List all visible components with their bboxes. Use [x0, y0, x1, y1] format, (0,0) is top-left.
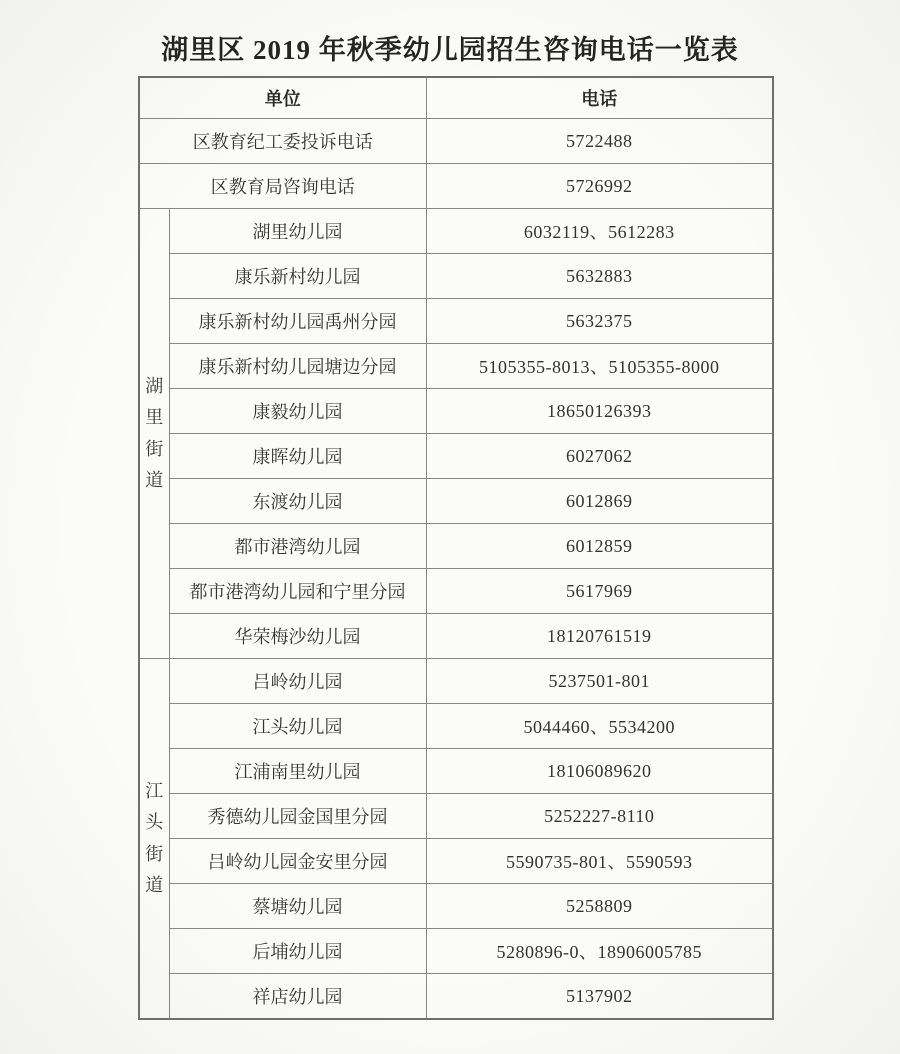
header-unit: 单位: [139, 77, 426, 119]
unit-cell: 区教育纪工委投诉电话: [139, 119, 426, 164]
phone-cell: 5722488: [426, 119, 773, 164]
table-row: 康乐新村幼儿园塘边分园 5105355-8013、5105355-8000: [139, 344, 773, 389]
phone-cell: 5590735-801、5590593: [426, 839, 773, 884]
table-row: 康毅幼儿园 18650126393: [139, 389, 773, 434]
unit-cell: 华荣梅沙幼儿园: [169, 614, 426, 659]
group-label-huli-street: 湖里街道: [139, 209, 169, 659]
unit-cell: 吕岭幼儿园金安里分园: [169, 839, 426, 884]
table-row: 华荣梅沙幼儿园 18120761519: [139, 614, 773, 659]
unit-cell: 湖里幼儿园: [169, 209, 426, 254]
table-row: 康晖幼儿园 6027062: [139, 434, 773, 479]
table-row: 江浦南里幼儿园 18106089620: [139, 749, 773, 794]
unit-cell: 蔡塘幼儿园: [169, 884, 426, 929]
table-row: 康乐新村幼儿园 5632883: [139, 254, 773, 299]
unit-cell: 区教育局咨询电话: [139, 164, 426, 209]
phone-cell: 6012859: [426, 524, 773, 569]
table-row: 东渡幼儿园 6012869: [139, 479, 773, 524]
phone-cell: 5105355-8013、5105355-8000: [426, 344, 773, 389]
table-header: 单位 电话: [139, 77, 773, 119]
table-row: 江头街道 吕岭幼儿园 5237501-801: [139, 659, 773, 704]
unit-cell: 康乐新村幼儿园: [169, 254, 426, 299]
unit-cell: 祥店幼儿园: [169, 974, 426, 1020]
table-row: 吕岭幼儿园金安里分园 5590735-801、5590593: [139, 839, 773, 884]
table-row: 祥店幼儿园 5137902: [139, 974, 773, 1020]
unit-cell: 后埔幼儿园: [169, 929, 426, 974]
table-row: 后埔幼儿园 5280896-0、18906005785: [139, 929, 773, 974]
header-row: 单位 电话: [139, 77, 773, 119]
table-row: 区教育纪工委投诉电话 5722488: [139, 119, 773, 164]
table-row: 区教育局咨询电话 5726992: [139, 164, 773, 209]
group-label-jiangtou-street: 江头街道: [139, 659, 169, 1020]
unit-cell: 康毅幼儿园: [169, 389, 426, 434]
unit-cell: 康乐新村幼儿园塘边分园: [169, 344, 426, 389]
table-row: 康乐新村幼儿园禹州分园 5632375: [139, 299, 773, 344]
phone-cell: 5280896-0、18906005785: [426, 929, 773, 974]
phone-cell: 6027062: [426, 434, 773, 479]
table-row: 秀德幼儿园金国里分园 5252227-8110: [139, 794, 773, 839]
phone-cell: 5632883: [426, 254, 773, 299]
phone-cell: 5617969: [426, 569, 773, 614]
table-row: 江头幼儿园 5044460、5534200: [139, 704, 773, 749]
phone-cell: 18120761519: [426, 614, 773, 659]
phone-directory-table: 单位 电话 区教育纪工委投诉电话 5722488 区教育局咨询电话 572699…: [138, 76, 774, 1020]
phone-cell: 5237501-801: [426, 659, 773, 704]
phone-cell: 5252227-8110: [426, 794, 773, 839]
header-phone: 电话: [426, 77, 773, 119]
unit-cell: 江浦南里幼儿园: [169, 749, 426, 794]
table-row: 都市港湾幼儿园 6012859: [139, 524, 773, 569]
table-row: 湖里街道 湖里幼儿园 6032119、5612283: [139, 209, 773, 254]
phone-cell: 5726992: [426, 164, 773, 209]
phone-cell: 6032119、5612283: [426, 209, 773, 254]
phone-cell: 5137902: [426, 974, 773, 1020]
phone-cell: 18106089620: [426, 749, 773, 794]
unit-cell: 都市港湾幼儿园和宁里分园: [169, 569, 426, 614]
page-title: 湖里区 2019 年秋季幼儿园招生咨询电话一览表: [0, 28, 900, 67]
phone-cell: 5258809: [426, 884, 773, 929]
unit-cell: 都市港湾幼儿园: [169, 524, 426, 569]
phone-cell: 5632375: [426, 299, 773, 344]
unit-cell: 康晖幼儿园: [169, 434, 426, 479]
unit-cell: 秀德幼儿园金国里分园: [169, 794, 426, 839]
phone-cell: 6012869: [426, 479, 773, 524]
unit-cell: 康乐新村幼儿园禹州分园: [169, 299, 426, 344]
table-row: 蔡塘幼儿园 5258809: [139, 884, 773, 929]
unit-cell: 东渡幼儿园: [169, 479, 426, 524]
unit-cell: 吕岭幼儿园: [169, 659, 426, 704]
phone-cell: 18650126393: [426, 389, 773, 434]
unit-cell: 江头幼儿园: [169, 704, 426, 749]
phone-cell: 5044460、5534200: [426, 704, 773, 749]
table-row: 都市港湾幼儿园和宁里分园 5617969: [139, 569, 773, 614]
